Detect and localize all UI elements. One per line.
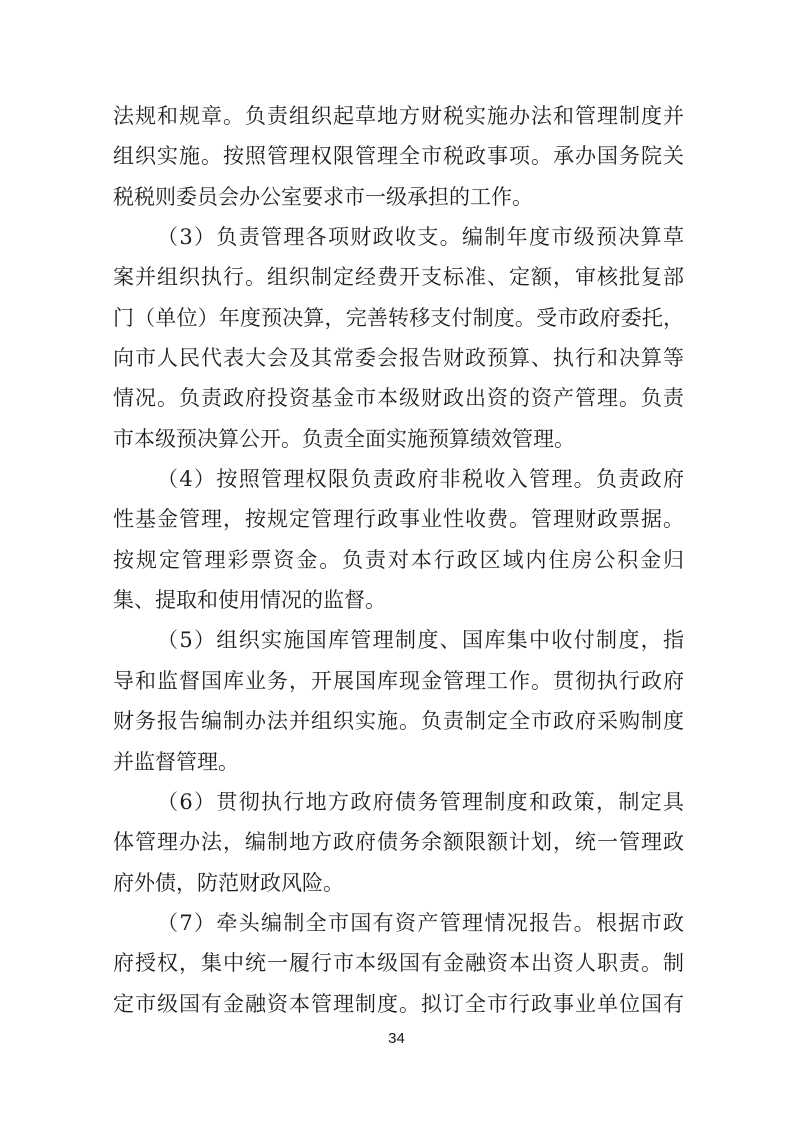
text-line: 门（单位）年度预决算，完善转移支付制度。受市政府委托， xyxy=(113,298,684,338)
text-line: （4）按照管理权限负责政府非税收入管理。负责政府 xyxy=(113,459,684,499)
text-line: 性基金管理，按规定管理行政事业性收费。管理财政票据。 xyxy=(113,499,684,539)
document-page: 法规和规章。负责组织起草地方财税实施办法和管理制度并组织实施。按照管理权限管理全… xyxy=(0,0,793,1122)
text-line: 按规定管理彩票资金。负责对本行政区域内住房公积金归 xyxy=(113,540,684,580)
text-line: 体管理办法，编制地方政府债务余额限额计划，统一管理政 xyxy=(113,822,684,862)
text-line: （7）牵头编制全市国有资产管理情况报告。根据市政 xyxy=(113,903,684,943)
text-line: 情况。负责政府投资基金市本级财政出资的资产管理。负责 xyxy=(113,378,684,418)
text-line: 定市级国有金融资本管理制度。拟订全市行政事业单位国有 xyxy=(113,984,684,1024)
text-line: 府授权，集中统一履行市本级国有金融资本出资人职责。制 xyxy=(113,943,684,983)
page-number: 34 xyxy=(0,1030,793,1047)
text-line: （6）贯彻执行地方政府债务管理制度和政策，制定具 xyxy=(113,782,684,822)
text-line: 集、提取和使用情况的监督。 xyxy=(113,580,684,620)
text-line: 案并组织执行。组织制定经费开支标准、定额，审核批复部 xyxy=(113,257,684,297)
document-body: 法规和规章。负责组织起草地方财税实施办法和管理制度并组织实施。按照管理权限管理全… xyxy=(113,96,684,1024)
text-line: 市本级预决算公开。负责全面实施预算绩效管理。 xyxy=(113,419,684,459)
text-line: 并监督管理。 xyxy=(113,742,684,782)
text-line: 府外债，防范财政风险。 xyxy=(113,863,684,903)
text-line: 组织实施。按照管理权限管理全市税政事项。承办国务院关 xyxy=(113,136,684,176)
text-line: 向市人民代表大会及其常委会报告财政预算、执行和决算等 xyxy=(113,338,684,378)
text-line: （3）负责管理各项财政收支。编制年度市级预决算草 xyxy=(113,217,684,257)
text-line: （5）组织实施国库管理制度、国库集中收付制度，指 xyxy=(113,620,684,660)
text-line: 法规和规章。负责组织起草地方财税实施办法和管理制度并 xyxy=(113,96,684,136)
text-line: 财务报告编制办法并组织实施。负责制定全市政府采购制度 xyxy=(113,701,684,741)
text-line: 税税则委员会办公室要求市一级承担的工作。 xyxy=(113,177,684,217)
text-line: 导和监督国库业务，开展国库现金管理工作。贯彻执行政府 xyxy=(113,661,684,701)
